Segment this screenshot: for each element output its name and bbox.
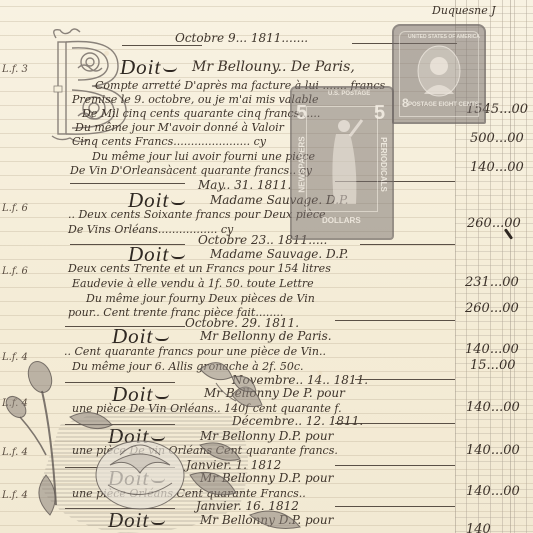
portrait-icon: [416, 44, 462, 98]
amount: 140...00: [470, 160, 524, 175]
entry-date: May.. 31. 1811.: [198, 178, 291, 192]
entry-line: Eaudevie à elle vendu à 1f. 50. toute Le…: [72, 277, 314, 290]
margin-ref: L.f. 6: [2, 203, 28, 214]
entry-party: Madame Sauvage. D.P.: [210, 247, 349, 261]
stamp-top-text: UNITED STATES OF AMERICA: [408, 34, 480, 40]
amount: 500...00: [470, 131, 524, 146]
amount: 260...00: [467, 216, 521, 231]
amount: 140...00: [466, 400, 520, 415]
entry-line: De Vin D'Orleansàcent quarante francs.. …: [70, 164, 312, 177]
stamp-left-text: NEWSPAPERS: [298, 136, 307, 192]
entry-rule: [70, 183, 185, 184]
entry-line: Du même jour fourny Deux pièces de Vin: [86, 292, 315, 305]
entry-line: Du même jour lui avoir fourni une pièce: [92, 150, 315, 163]
amount: 231...00: [465, 275, 519, 290]
margin-ref: L.f. 6: [2, 266, 28, 277]
header-note: Duquesne J: [432, 4, 496, 17]
amount: 140...00: [466, 443, 520, 458]
allegorical-figure-icon: [316, 114, 368, 206]
entry-rule: [122, 45, 202, 46]
entry-rule: [335, 506, 455, 507]
amount: 140...00: [465, 342, 519, 357]
margin-ref: L.f. 3: [2, 64, 28, 75]
stamp-value: 8: [402, 96, 409, 110]
postage-stamp: UNITED STATES OF AMERICA POSTAGE EIGHT C…: [392, 24, 486, 124]
stamp-value: 5: [296, 102, 307, 125]
amount: 140...00: [466, 484, 520, 499]
entry-line: .. Deux cents Soixante francs pour Deux …: [68, 208, 326, 221]
entry-rule: [335, 465, 455, 466]
entry-rule: [355, 379, 455, 380]
entry-line: Premise le 9. octobre, ou je m'ai mis va…: [72, 93, 319, 106]
rose-engraving-icon: [0, 355, 330, 533]
stamp-right-text: PERIODICALS: [379, 137, 388, 192]
entry-line: Cinq cents Francs...................... …: [72, 135, 266, 148]
amount: 140: [466, 522, 491, 533]
stamp-bottom-text: DOLLARS: [322, 216, 361, 225]
amount: 15...00: [470, 358, 515, 373]
entry-heading: Doit: [120, 55, 177, 80]
stamp-value: 5: [374, 102, 385, 125]
stamp-top-text: U.S. POSTAGE: [328, 91, 370, 97]
entry-line: Du même jour M'avoir donné à Valoir: [75, 121, 284, 134]
entry-line: Deux cents Trente et un Francs pour 154 …: [68, 262, 331, 275]
stamp-bottom-text: POSTAGE EIGHT CENTS: [408, 102, 479, 108]
amount: 260...00: [465, 301, 519, 316]
entry-date: Octobre 9... 1811.......: [175, 31, 308, 45]
entry-rule: [335, 320, 455, 321]
newspaper-stamp: U.S. POSTAGE 5 5 NEWSPAPERS PERIODICALS …: [290, 86, 394, 240]
entry-line: De Mil cinq cents quarante cinq francs..…: [82, 107, 320, 120]
entry-party: Mr Bellonny de Paris.: [200, 329, 332, 343]
ledger-page: Duquesne J Octobre 9... 1811....... L.f.…: [0, 0, 533, 533]
entry-rule: [360, 244, 455, 245]
entry-date: Octobre. 29. 1811.: [185, 316, 299, 330]
entry-party: Mr Bellouny.. De Paris,: [192, 59, 355, 75]
